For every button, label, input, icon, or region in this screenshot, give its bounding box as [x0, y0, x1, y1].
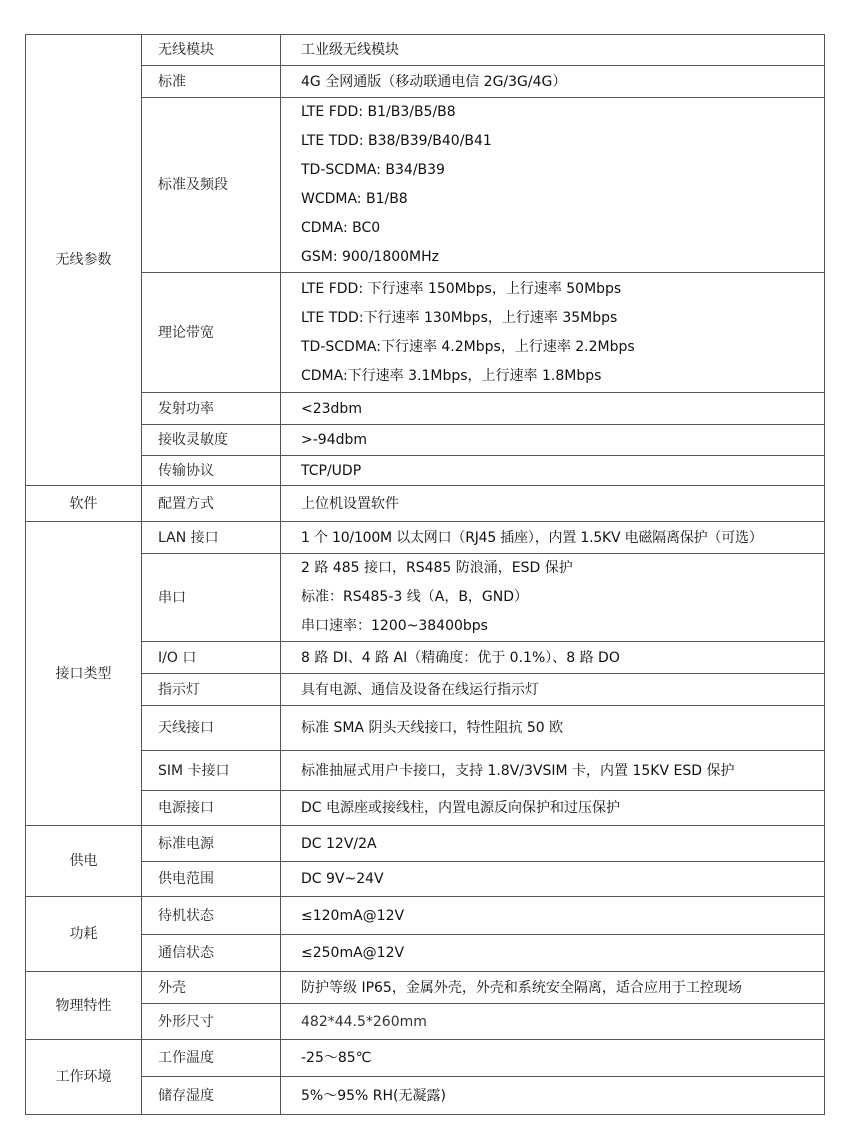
table-row: 供电 标准电源 DC 12V/2A [26, 826, 825, 862]
item-label: 电源接口 [142, 791, 281, 826]
item-label: 配置方式 [142, 486, 281, 522]
value-line: GSM: 900/1800MHz [301, 243, 824, 272]
item-value-multiline: LTE FDD: 下行速率 150Mbps，上行速率 50Mbps LTE TD… [281, 273, 825, 393]
item-label: 指示灯 [142, 674, 281, 706]
item-label: 工作温度 [142, 1040, 281, 1077]
item-value: >-94dbm [281, 425, 825, 456]
item-value: -25～85℃ [281, 1040, 825, 1077]
item-value: 具有电源、通信及设备在线运行指示灯 [281, 674, 825, 706]
item-label: 传输协议 [142, 456, 281, 486]
category-power-supply: 供电 [26, 826, 142, 897]
table-row: I/O 口 8 路 DI、4 路 AI（精确度：优于 0.1%）、8 路 DO [26, 642, 825, 674]
item-value: 482*44.5*260mm [281, 1004, 825, 1040]
item-label: 待机状态 [142, 897, 281, 935]
item-value: 标准 SMA 阴头天线接口，特性阻抗 50 欧 [281, 706, 825, 751]
category-interfaces: 接口类型 [26, 522, 142, 826]
table-row: 指示灯 具有电源、通信及设备在线运行指示灯 [26, 674, 825, 706]
category-power-consumption: 功耗 [26, 897, 142, 972]
value-line: TD-SCDMA: B34/B39 [301, 156, 824, 185]
item-label: I/O 口 [142, 642, 281, 674]
category-environment: 工作环境 [26, 1040, 142, 1115]
table-row: 接口类型 LAN 接口 1 个 10/100M 以太网口（RJ45 插座），内置… [26, 522, 825, 554]
item-value: 标准抽屉式用户卡接口，支持 1.8V/3VSIM 卡，内置 15KV ESD 保… [281, 751, 825, 791]
item-label: 标准及频段 [142, 98, 281, 273]
item-label: 串口 [142, 554, 281, 642]
item-label: 储存湿度 [142, 1077, 281, 1115]
value-line: LTE FDD: B1/B3/B5/B8 [301, 98, 824, 127]
value-line: CDMA: BC0 [301, 214, 824, 243]
item-value: 8 路 DI、4 路 AI（精确度：优于 0.1%）、8 路 DO [281, 642, 825, 674]
table-row: 标准 4G 全网通版（移动联通电信 2G/3G/4G） [26, 66, 825, 98]
item-label: 天线接口 [142, 706, 281, 751]
item-label: 外壳 [142, 972, 281, 1004]
table-row: 功耗 待机状态 ≤120mA@12V [26, 897, 825, 935]
value-line: CDMA:下行速率 3.1Mbps，上行速率 1.8Mbps [301, 362, 824, 391]
item-value: DC 9V~24V [281, 862, 825, 897]
item-label: 标准 [142, 66, 281, 98]
item-label: SIM 卡接口 [142, 751, 281, 791]
table-row: 外形尺寸 482*44.5*260mm [26, 1004, 825, 1040]
table-row: 供电范围 DC 9V~24V [26, 862, 825, 897]
table-row: 储存湿度 5%～95% RH(无凝露) [26, 1077, 825, 1115]
value-line: TD-SCDMA:下行速率 4.2Mbps，上行速率 2.2Mbps [301, 333, 824, 362]
item-label: 发射功率 [142, 393, 281, 425]
value-line: 串口速率：1200~38400bps [301, 612, 824, 641]
item-label: 理论带宽 [142, 273, 281, 393]
spec-table: 无线参数 无线模块 工业级无线模块 标准 4G 全网通版（移动联通电信 2G/3… [25, 34, 825, 1115]
table-row: 天线接口 标准 SMA 阴头天线接口，特性阻抗 50 欧 [26, 706, 825, 751]
item-value-multiline: LTE FDD: B1/B3/B5/B8 LTE TDD: B38/B39/B4… [281, 98, 825, 273]
item-value: 工业级无线模块 [281, 35, 825, 66]
item-label: LAN 接口 [142, 522, 281, 554]
item-value: 防护等级 IP65，金属外壳，外壳和系统安全隔离，适合应用于工控现场 [281, 972, 825, 1004]
item-value: 上位机设置软件 [281, 486, 825, 522]
table-row: 接收灵敏度 >-94dbm [26, 425, 825, 456]
table-row: 传输协议 TCP/UDP [26, 456, 825, 486]
table-row: 无线参数 无线模块 工业级无线模块 [26, 35, 825, 66]
item-value: 1 个 10/100M 以太网口（RJ45 插座），内置 1.5KV 电磁隔离保… [281, 522, 825, 554]
item-value: ≤120mA@12V [281, 897, 825, 935]
item-label: 无线模块 [142, 35, 281, 66]
category-software: 软件 [26, 486, 142, 522]
item-value: DC 电源座或接线柱，内置电源反向保护和过压保护 [281, 791, 825, 826]
item-value: DC 12V/2A [281, 826, 825, 862]
item-label: 接收灵敏度 [142, 425, 281, 456]
table-row: 标准及频段 LTE FDD: B1/B3/B5/B8 LTE TDD: B38/… [26, 98, 825, 273]
table-row: 电源接口 DC 电源座或接线柱，内置电源反向保护和过压保护 [26, 791, 825, 826]
table-row: 串口 2 路 485 接口，RS485 防浪涌，ESD 保护 标准：RS485-… [26, 554, 825, 642]
category-wireless: 无线参数 [26, 35, 142, 486]
table-row: SIM 卡接口 标准抽屉式用户卡接口，支持 1.8V/3VSIM 卡，内置 15… [26, 751, 825, 791]
item-value: 5%～95% RH(无凝露) [281, 1077, 825, 1115]
item-value: ≤250mA@12V [281, 935, 825, 972]
value-line: LTE FDD: 下行速率 150Mbps，上行速率 50Mbps [301, 275, 824, 304]
table-row: 物理特性 外壳 防护等级 IP65，金属外壳，外壳和系统安全隔离，适合应用于工控… [26, 972, 825, 1004]
value-line: 标准：RS485-3 线（A，B，GND） [301, 583, 824, 612]
value-line: 2 路 485 接口，RS485 防浪涌，ESD 保护 [301, 554, 824, 583]
table-row: 软件 配置方式 上位机设置软件 [26, 486, 825, 522]
table-row: 通信状态 ≤250mA@12V [26, 935, 825, 972]
value-line: WCDMA: B1/B8 [301, 185, 824, 214]
item-value-multiline: 2 路 485 接口，RS485 防浪涌，ESD 保护 标准：RS485-3 线… [281, 554, 825, 642]
item-label: 通信状态 [142, 935, 281, 972]
value-line: LTE TDD: B38/B39/B40/B41 [301, 127, 824, 156]
item-label: 供电范围 [142, 862, 281, 897]
item-value: 4G 全网通版（移动联通电信 2G/3G/4G） [281, 66, 825, 98]
item-value: <23dbm [281, 393, 825, 425]
table-row: 发射功率 <23dbm [26, 393, 825, 425]
table-row: 理论带宽 LTE FDD: 下行速率 150Mbps，上行速率 50Mbps L… [26, 273, 825, 393]
value-line: LTE TDD:下行速率 130Mbps，上行速率 35Mbps [301, 304, 824, 333]
table-row: 工作环境 工作温度 -25～85℃ [26, 1040, 825, 1077]
item-value: TCP/UDP [281, 456, 825, 486]
item-label: 标准电源 [142, 826, 281, 862]
category-physical: 物理特性 [26, 972, 142, 1040]
item-label: 外形尺寸 [142, 1004, 281, 1040]
